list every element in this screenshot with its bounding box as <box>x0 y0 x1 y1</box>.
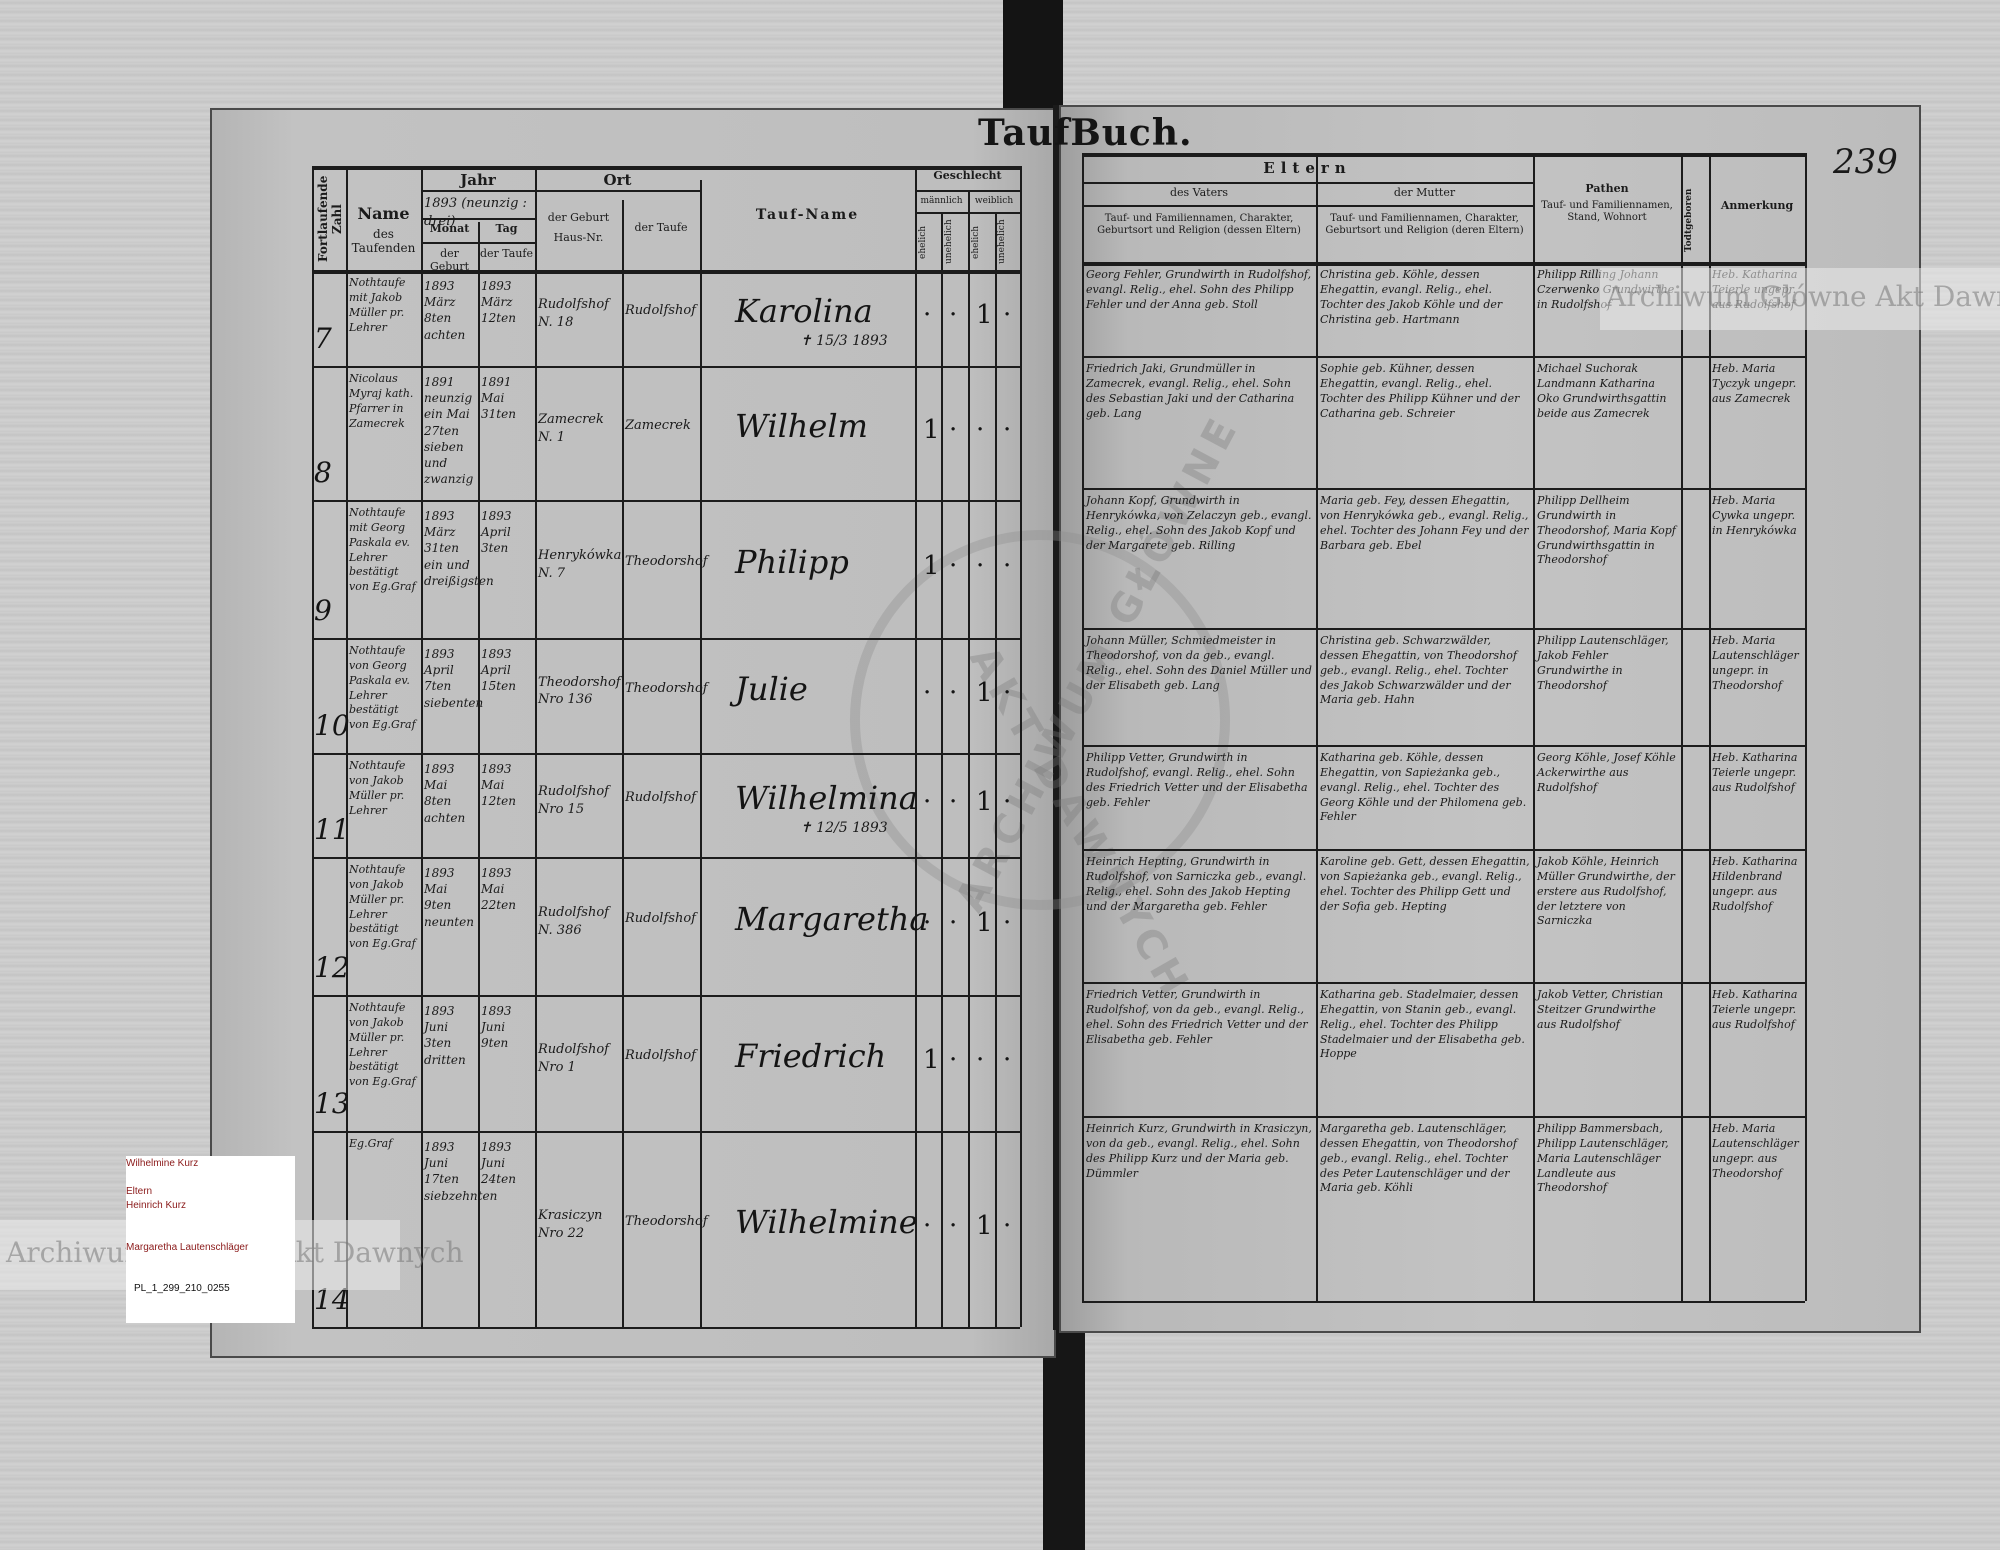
entry-ort-taufe: Rudolfshof <box>625 1047 697 1065</box>
table-rule-row <box>1082 356 1805 358</box>
header-des-taufenden: des Taufenden <box>346 228 421 256</box>
entry-pathen: Jakob Vetter, Christian Steitzer Grundwi… <box>1537 988 1677 1033</box>
entry-tauf-name: Julie <box>735 670 808 708</box>
entry-anmerkung: Heb. Maria Tyczyk ungepr. aus Zamecrek <box>1712 362 1802 407</box>
entry-taufender: Nothtaufe mit Georg Paskala ev. Lehrer b… <box>349 506 419 595</box>
entry-sex-mark: · <box>1003 415 1011 445</box>
header-m-unehelich: unehelich <box>944 218 964 266</box>
entry-taufe-date: 1893 Juni 24ten <box>481 1139 533 1188</box>
header-w-unehelich: unehelich <box>997 218 1017 266</box>
entry-ort-geburt: Zamecrek N. 1 <box>538 411 620 446</box>
header-mutter-sub: Tauf- und Familiennamen, Charakter, Gebu… <box>1322 213 1527 236</box>
entry-tauf-name: Wilhelm <box>735 407 868 445</box>
entry-ort-taufe: Theodorshof <box>625 553 697 571</box>
entry-sex-mark: · <box>976 415 984 445</box>
entry-geburt-date: 1893 März 31ten ein und dreißigsten <box>424 508 476 589</box>
table-rule-vertical <box>941 212 943 1327</box>
entry-sex-mark: · <box>949 1045 957 1075</box>
entry-tauf-name: Wilhelmine <box>735 1203 918 1241</box>
entry-taufe-date: 1893 April 15ten <box>481 646 533 695</box>
entry-vater: Philipp Vetter, Grundwirth in Rudolfshof… <box>1086 751 1312 810</box>
entry-taufender: Nothtaufe von Georg Paskala ev. Lehrer b… <box>349 644 419 733</box>
entry-mutter: Christina geb. Köhle, dessen Ehegattin, … <box>1320 268 1530 327</box>
header-vater-sub: Tauf- und Familiennamen, Charakter, Gebu… <box>1090 213 1308 236</box>
entry-taufe-date: 1893 Mai 12ten <box>481 761 533 810</box>
entry-vater: Heinrich Hepting, Grundwirth in Rudolfsh… <box>1086 855 1312 914</box>
entry-number: 10 <box>314 709 350 742</box>
entry-mutter: Katharina geb. Stadelmaier, dessen Ehega… <box>1320 988 1530 1062</box>
annotation-mother: Margaretha Lautenschläger <box>126 1242 248 1253</box>
entry-ort-taufe: Rudolfshof <box>625 910 697 928</box>
header-maennlich: männlich <box>915 196 968 206</box>
page-number: 239 <box>1833 142 1898 182</box>
entry-number: 7 <box>314 322 332 355</box>
table-rule-vertical <box>535 166 537 1327</box>
table-rule-header <box>421 242 535 244</box>
entry-sex-mark: 1 <box>976 787 993 817</box>
annotation-father: Heinrich Kurz <box>126 1200 186 1211</box>
entry-sex-mark: · <box>949 1211 957 1241</box>
entry-geburt-date: 1893 März 8ten achten <box>424 278 476 343</box>
header-fortlaufende-zahl: Fortlaufende Zahl <box>317 175 341 263</box>
entry-ort-taufe: Theodorshof <box>625 1213 697 1231</box>
header-ort: Ort <box>535 172 700 189</box>
header-weiblich: weiblich <box>968 196 1020 206</box>
table-rule-top <box>1082 153 1805 157</box>
entry-anmerkung: Heb. Maria Lautenschläger ungepr. aus Th… <box>1712 1122 1802 1181</box>
entry-sex-mark: 1 <box>923 551 940 581</box>
entry-tauf-name: Wilhelmina <box>735 779 918 817</box>
entry-taufe-date: 1891 Mai 31ten <box>481 374 533 423</box>
header-der-mutter: der Mutter <box>1316 187 1533 200</box>
entry-ort-taufe: Theodorshof <box>625 680 697 698</box>
table-rule-row <box>1082 628 1805 630</box>
header-ort-taufe: der Taufe <box>622 222 700 235</box>
entry-taufender: Eg.Graf <box>349 1137 419 1152</box>
table-rule-row <box>312 753 1020 755</box>
header-pathen-sub: Tauf- und Familiennamen, Stand, Wohnort <box>1538 200 1676 223</box>
table-rule-vertical <box>995 212 997 1327</box>
entry-pathen: Georg Köhle, Josef Köhle Ackerwirthe aus… <box>1537 751 1677 796</box>
entry-sex-mark: · <box>949 551 957 581</box>
entry-vater: Johann Müller, Schmiedmeister in Theodor… <box>1086 634 1312 693</box>
entry-sex-mark: 1 <box>923 415 940 445</box>
entry-geburt-date: 1893 Juni 3ten dritten <box>424 1003 476 1068</box>
table-rule-vertical <box>1020 166 1022 1327</box>
entry-vater: Friedrich Jaki, Grundmüller in Zamecrek,… <box>1086 362 1312 421</box>
entry-ort-taufe: Rudolfshof <box>625 302 697 320</box>
entry-taufe-date: 1893 Mai 22ten <box>481 865 533 914</box>
entry-sex-mark: 1 <box>976 908 993 938</box>
entry-number: 13 <box>314 1087 350 1120</box>
entry-anmerkung: Heb. Katharina Teierle ungepr. aus Rudol… <box>1712 751 1802 796</box>
entry-sex-mark: · <box>923 787 931 817</box>
table-rule-vertical <box>915 166 917 1327</box>
table-rule-vertical <box>968 190 970 1327</box>
table-rule-row <box>1082 982 1805 984</box>
annotation-reference: PL_1_299_210_0255 <box>134 1283 230 1294</box>
header-tauf-name: Tauf-Name <box>700 207 915 223</box>
header-der-geburt: der Geburt <box>421 248 478 273</box>
entry-pathen: Philipp Lautenschläger, Jakob Fehler Gru… <box>1537 634 1677 693</box>
header-monat: Monat <box>421 223 478 236</box>
header-anmerkung: Anmerkung <box>1709 200 1805 213</box>
table-rule-row <box>312 270 1020 274</box>
entry-mutter: Katharina geb. Köhle, dessen Ehegattin, … <box>1320 751 1530 825</box>
table-rule-row <box>312 638 1020 640</box>
entry-sex-mark: 1 <box>976 300 993 330</box>
entry-geburt-date: 1893 Mai 8ten achten <box>424 761 476 826</box>
table-rule-vertical <box>346 166 348 1327</box>
entry-sex-mark: · <box>923 300 931 330</box>
header-eltern: Eltern <box>1082 160 1533 177</box>
table-rule-vertical <box>622 200 624 1327</box>
entry-pathen: Philipp Dellheim Grundwirth in Theodorsh… <box>1537 494 1677 568</box>
entry-geburt-date: 1891 neunzig ein Mai 27ten sieben und zw… <box>424 374 476 487</box>
entry-geburt-date: 1893 Mai 9ten neunten <box>424 865 476 930</box>
entry-pathen: Michael Suchorak Landmann Katharina Oko … <box>1537 362 1677 421</box>
header-w-ehelich: ehelich <box>971 218 991 266</box>
entry-ort-geburt: Rudolfshof Nro 1 <box>538 1041 620 1076</box>
entry-ort-geburt: Rudolfshof N. 386 <box>538 904 620 939</box>
entry-vater: Georg Fehler, Grundwirth in Rudolfshof, … <box>1086 268 1312 313</box>
entry-sex-mark: 1 <box>976 1211 993 1241</box>
entry-number: 9 <box>314 594 332 627</box>
header-haus-nr: Haus-Nr. <box>535 232 622 245</box>
entry-sex-mark: · <box>949 787 957 817</box>
entry-sex-mark: · <box>949 300 957 330</box>
entry-death-note: ✝ 15/3 1893 <box>800 332 888 351</box>
entry-tauf-name: Philipp <box>735 543 849 581</box>
entry-sex-mark: · <box>949 908 957 938</box>
entry-taufe-date: 1893 März 12ten <box>481 278 533 327</box>
entry-ort-geburt: Krasiczyn Nro 22 <box>538 1207 620 1242</box>
entry-vater: Johann Kopf, Grundwirth in Henrykówka, v… <box>1086 494 1312 553</box>
entry-sex-mark: · <box>1003 300 1011 330</box>
table-rule-row <box>312 1327 1020 1329</box>
entry-vater: Heinrich Kurz, Grundwirth in Krasiczyn, … <box>1086 1122 1312 1181</box>
entry-sex-mark: 1 <box>923 1045 940 1075</box>
entry-taufender: Nicolaus Myraj kath. Pfarrer in Zamecrek <box>349 372 419 431</box>
header-geschlecht: Geschlecht <box>915 170 1020 183</box>
table-rule-header <box>915 190 1020 192</box>
entry-sex-mark: · <box>923 678 931 708</box>
table-rule-vertical <box>1082 153 1084 1301</box>
entry-mutter: Maria geb. Fey, dessen Ehegattin, von He… <box>1320 494 1530 553</box>
table-rule-row <box>1082 1301 1805 1303</box>
entry-pathen: Philipp Bammersbach, Philipp Lautenschlä… <box>1537 1122 1677 1196</box>
entry-death-note: ✝ 12/5 1893 <box>800 819 888 838</box>
header-m-ehelich: ehelich <box>918 218 938 266</box>
entry-anmerkung: Heb. Katharina Teierle ungepr. aus Rudol… <box>1712 988 1802 1033</box>
entry-ort-geburt: Rudolfshof N. 18 <box>538 296 620 331</box>
table-rule-row <box>1082 488 1805 490</box>
entry-number: 12 <box>314 951 350 984</box>
entry-sex-mark: · <box>976 1045 984 1075</box>
entry-mutter: Sophie geb. Kühner, dessen Ehegattin, ev… <box>1320 362 1530 421</box>
entry-tauf-name: Karolina <box>735 292 873 330</box>
header-der-taufe: der Taufe <box>478 248 535 261</box>
entry-sex-mark: · <box>1003 908 1011 938</box>
table-rule-vertical <box>1533 153 1535 1301</box>
table-rule-row <box>1082 262 1805 266</box>
header-name: Name <box>346 205 421 223</box>
table-rule-vertical <box>1316 153 1318 1301</box>
entry-geburt-date: 1893 April 7ten siebenten <box>424 646 476 711</box>
entry-sex-mark: · <box>1003 787 1011 817</box>
table-rule-header <box>1082 205 1533 207</box>
entry-mutter: Margaretha geb. Lautenschläger, dessen E… <box>1320 1122 1530 1196</box>
table-rule-top <box>312 166 1020 170</box>
entry-geburt-date: 1893 Juni 17ten siebzehnten <box>424 1139 476 1204</box>
entry-mutter: Karoline geb. Gett, dessen Ehegattin, vo… <box>1320 855 1530 914</box>
table-rule-header <box>1082 182 1533 184</box>
entry-sex-mark: · <box>949 415 957 445</box>
header-ort-geburt: der Geburt <box>535 212 622 225</box>
entry-tauf-name: Margaretha <box>735 900 928 938</box>
entry-number: 11 <box>314 813 350 846</box>
header-jahr: Jahr <box>421 172 535 189</box>
entry-ort-geburt: Henrykówka N. 7 <box>538 547 620 582</box>
table-rule-row <box>312 995 1020 997</box>
table-rule-row <box>312 500 1020 502</box>
entry-anmerkung: Heb. Katharina Hildenbrand ungepr. aus R… <box>1712 855 1802 914</box>
scanner-spine-bottom <box>1043 1330 1085 1550</box>
entry-anmerkung: Heb. Maria Cywka ungepr. in Henrykówka <box>1712 494 1802 539</box>
scanner-spine-top <box>1003 0 1063 112</box>
entry-sex-mark: 1 <box>976 678 993 708</box>
entry-ort-taufe: Rudolfshof <box>625 789 697 807</box>
entry-number: 8 <box>314 456 332 489</box>
entry-sex-mark: · <box>923 1211 931 1241</box>
table-rule-vertical <box>478 222 480 1327</box>
entry-taufe-date: 1893 April 3ten <box>481 508 533 557</box>
entry-ort-geburt: Rudolfshof Nro 15 <box>538 783 620 818</box>
entry-ort-geburt: Theodorshof Nro 136 <box>538 674 620 709</box>
entry-sex-mark: · <box>1003 1211 1011 1241</box>
table-rule-row <box>1082 745 1805 747</box>
entry-sex-mark: · <box>1003 1045 1011 1075</box>
table-rule-vertical <box>421 166 423 1327</box>
table-rule-row <box>1082 1116 1805 1118</box>
entry-anmerkung: Heb. Maria Lautenschläger ungepr. in The… <box>1712 634 1802 693</box>
table-rule-header <box>915 212 1020 214</box>
table-rule-row <box>312 1131 1020 1133</box>
entry-sex-mark: · <box>1003 551 1011 581</box>
entry-sex-mark: · <box>923 908 931 938</box>
entry-taufender: Nothtaufe mit Jakob Müller pr. Lehrer <box>349 276 419 335</box>
genealogy-annotation-box: Wilhelmine Kurz Eltern Heinrich Kurz Mar… <box>126 1156 295 1323</box>
entry-taufender: Nothtaufe von Jakob Müller pr. Lehrer be… <box>349 863 419 952</box>
header-tag: Tag <box>478 223 535 236</box>
entry-pathen: Jakob Köhle, Heinrich Müller Grundwirthe… <box>1537 855 1677 929</box>
annotation-child: Wilhelmine Kurz <box>126 1158 198 1169</box>
header-des-vaters: des Vaters <box>1082 187 1316 200</box>
table-rule-header <box>421 190 700 192</box>
watermark-text-top: Archiwum Główne Akt Dawnych <box>1606 280 2000 313</box>
entry-taufender: Nothtaufe von Jakob Müller pr. Lehrer <box>349 759 419 818</box>
table-rule-row <box>1082 849 1805 851</box>
entry-sex-mark: · <box>976 551 984 581</box>
register-title: TaufBuch. <box>978 112 1193 154</box>
entry-taufender: Nothtaufe von Jakob Müller pr. Lehrer be… <box>349 1001 419 1090</box>
header-pathen: Pathen <box>1533 183 1681 196</box>
entry-sex-mark: · <box>949 678 957 708</box>
table-rule-row <box>312 366 1020 368</box>
entry-tauf-name: Friedrich <box>735 1037 886 1075</box>
annotation-eltern-label: Eltern <box>126 1186 152 1197</box>
table-rule-row <box>312 857 1020 859</box>
entry-vater: Friedrich Vetter, Grundwirth in Rudolfsh… <box>1086 988 1312 1047</box>
entry-ort-taufe: Zamecrek <box>625 417 697 435</box>
header-todtgeboren: Todtgeboren <box>1684 185 1706 255</box>
entry-sex-mark: · <box>1003 678 1011 708</box>
entry-taufe-date: 1893 Juni 9ten <box>481 1003 533 1052</box>
entry-mutter: Christina geb. Schwarzwälder, dessen Ehe… <box>1320 634 1530 708</box>
